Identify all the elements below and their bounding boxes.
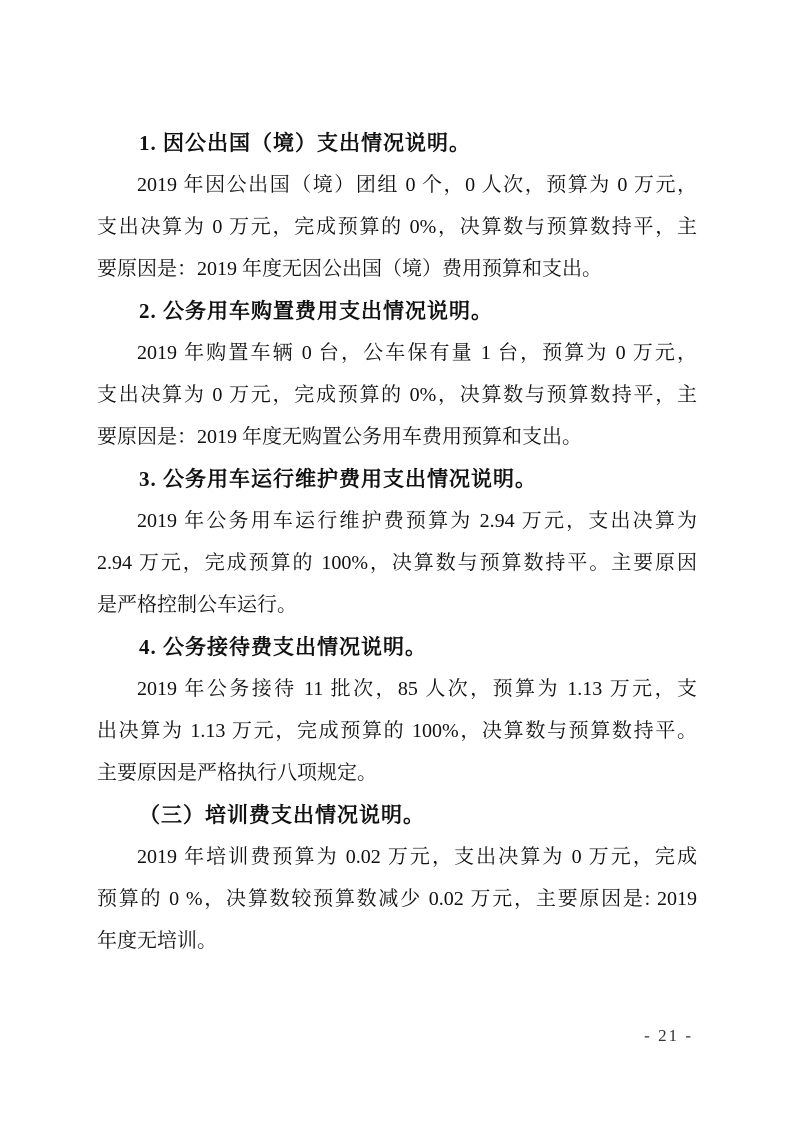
paragraph-line: 2.94 万元，完成预算的 100%，决算数与预算数持平。主要原因 — [97, 542, 697, 584]
section-training-fee: （三）培训费支出情况说明。 2019 年培训费预算为 0.02 万元，支出决算为… — [97, 794, 697, 962]
paragraph-line: 预算的 0 %，决算数较预算数减少 0.02 万元，主要原因是: 2019 — [97, 878, 697, 920]
paragraph-line: 要原因是：2019 年度无因公出国（境）费用预算和支出。 — [97, 248, 697, 290]
paragraph-line: 年度无培训。 — [97, 920, 697, 962]
paragraph-line: 是严格控制公车运行。 — [97, 584, 697, 626]
section-heading: （三）培训费支出情况说明。 — [97, 794, 697, 836]
section-overseas-trips: 1. 因公出国（境）支出情况说明。 2019 年因公出国（境）团组 0 个，0 … — [97, 122, 697, 290]
section-vehicle-purchase: 2. 公务用车购置费用支出情况说明。 2019 年购置车辆 0 台，公车保有量 … — [97, 290, 697, 458]
paragraph-line: 支出决算为 0 万元，完成预算的 0%，决算数与预算数持平，主 — [97, 206, 697, 248]
paragraph-line: 主要原因是严格执行八项规定。 — [97, 752, 697, 794]
paragraph-line: 出决算为 1.13 万元，完成预算的 100%，决算数与预算数持平。 — [97, 710, 697, 752]
section-heading: 4. 公务接待费支出情况说明。 — [97, 626, 697, 668]
section-heading: 3. 公务用车运行维护费用支出情况说明。 — [97, 458, 697, 500]
paragraph-line: 要原因是：2019 年度无购置公务用车费用预算和支出。 — [97, 416, 697, 458]
page-footer: - 21 - — [644, 1026, 693, 1046]
section-vehicle-maintenance: 3. 公务用车运行维护费用支出情况说明。 2019 年公务用车运行维护费预算为 … — [97, 458, 697, 626]
paragraph-line: 2019 年因公出国（境）团组 0 个，0 人次，预算为 0 万元， — [97, 164, 697, 206]
document-body: 1. 因公出国（境）支出情况说明。 2019 年因公出国（境）团组 0 个，0 … — [97, 122, 697, 962]
paragraph-line: 2019 年培训费预算为 0.02 万元，支出决算为 0 万元，完成 — [97, 836, 697, 878]
page-number: - 21 - — [644, 1026, 693, 1045]
paragraph-line: 支出决算为 0 万元，完成预算的 0%，决算数与预算数持平，主 — [97, 374, 697, 416]
document-page: 1. 因公出国（境）支出情况说明。 2019 年因公出国（境）团组 0 个，0 … — [0, 0, 793, 1122]
paragraph-line: 2019 年公务用车运行维护费预算为 2.94 万元，支出决算为 — [97, 500, 697, 542]
section-heading: 2. 公务用车购置费用支出情况说明。 — [97, 290, 697, 332]
section-heading: 1. 因公出国（境）支出情况说明。 — [97, 122, 697, 164]
section-official-reception: 4. 公务接待费支出情况说明。 2019 年公务接待 11 批次，85 人次，预… — [97, 626, 697, 794]
paragraph-line: 2019 年公务接待 11 批次，85 人次，预算为 1.13 万元，支 — [97, 668, 697, 710]
paragraph-line: 2019 年购置车辆 0 台，公车保有量 1 台，预算为 0 万元， — [97, 332, 697, 374]
